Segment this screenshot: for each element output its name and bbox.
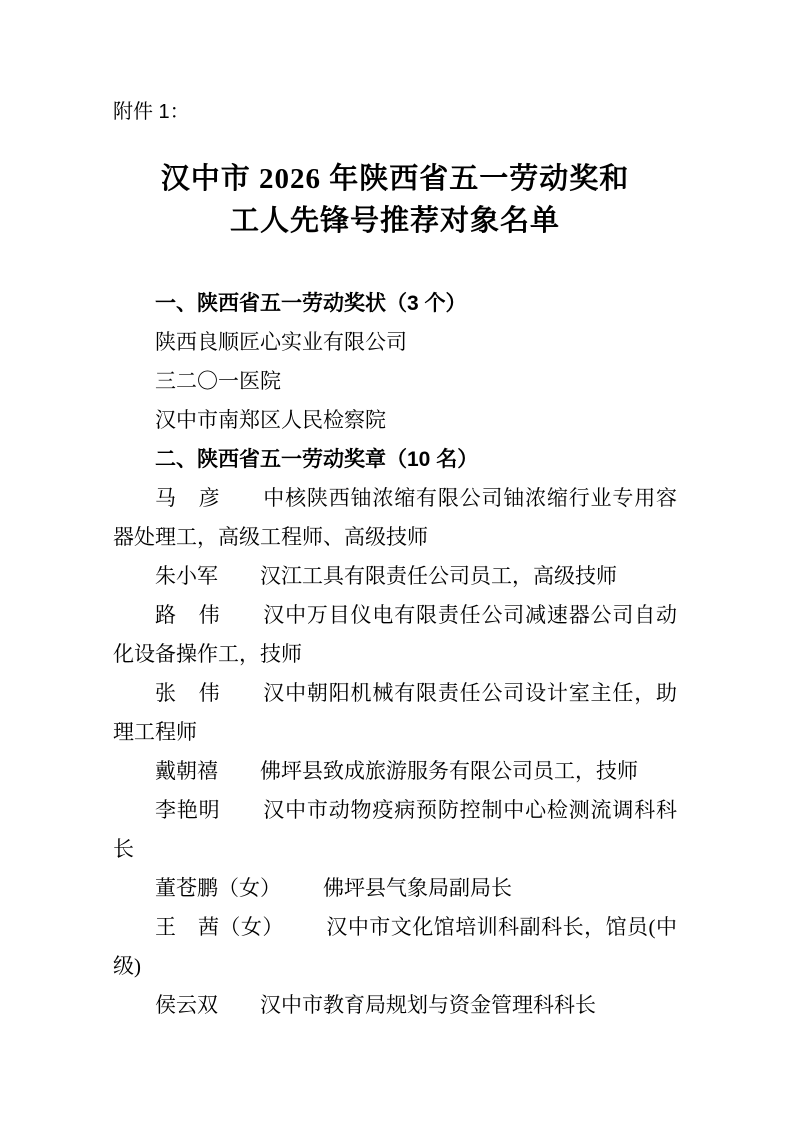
recipient-description: 佛坪县致成旅游服务有限公司员工，技师 xyxy=(260,759,638,783)
recipient-name: 李艳明 xyxy=(155,798,220,822)
recipient-name: 马 彦 xyxy=(155,486,220,510)
recipient-name: 董苍鹏（女） xyxy=(155,876,281,900)
recipient-name: 张 伟 xyxy=(155,681,220,705)
award-entry: 路 伟汉中万目仪电有限责任公司减速器公司自动化设备操作工，技师 xyxy=(113,596,677,674)
document-page: 附件 1： 汉中市 2026 年陕西省五一劳动奖和 工人先锋号推荐对象名单 一、… xyxy=(0,0,793,1122)
attachment-label: 附件 1： xyxy=(113,100,677,124)
section-2-heading: 二、陕西省五一劳动奖章（10 名） xyxy=(113,440,677,479)
document-title: 汉中市 2026 年陕西省五一劳动奖和 工人先锋号推荐对象名单 xyxy=(113,158,677,242)
recipient-description: 汉江工具有限责任公司员工，高级技师 xyxy=(260,564,617,588)
recipient-name: 路 伟 xyxy=(155,603,220,627)
awarded-organization: 陕西良顺匠心实业有限公司 xyxy=(113,323,677,362)
award-entry: 戴朝禧佛坪县致成旅游服务有限公司员工，技师 xyxy=(113,752,677,791)
recipient-name: 侯云双 xyxy=(155,993,218,1017)
awarded-organization: 三二〇一医院 xyxy=(113,362,677,401)
award-entry: 李艳明汉中市动物疫病预防控制中心检测流调科科长 xyxy=(113,791,677,869)
award-entry: 董苍鹏（女）佛坪县气象局副局长 xyxy=(113,869,677,908)
recipient-name: 王 茜（女） xyxy=(155,915,284,939)
document-title-line-1: 汉中市 2026 年陕西省五一劳动奖和 xyxy=(161,163,630,195)
award-entry: 张 伟汉中朝阳机械有限责任公司设计室主任，助理工程师 xyxy=(113,674,677,752)
recipient-description: 佛坪县气象局副局长 xyxy=(323,876,512,900)
award-entry: 王 茜（女）汉中市文化馆培训科副科长，馆员(中级) xyxy=(113,908,677,986)
recipient-name: 朱小军 xyxy=(155,564,218,588)
section-1-heading: 一、陕西省五一劳动奖状（3 个） xyxy=(113,284,677,323)
document-title-line-2: 工人先锋号推荐对象名单 xyxy=(230,205,560,237)
recipient-description: 汉中市教育局规划与资金管理科科长 xyxy=(260,993,596,1017)
awarded-organization: 汉中市南郑区人民检察院 xyxy=(113,401,677,440)
award-entry: 朱小军汉江工具有限责任公司员工，高级技师 xyxy=(113,557,677,596)
award-entry: 侯云双汉中市教育局规划与资金管理科科长 xyxy=(113,986,677,1025)
recipient-name: 戴朝禧 xyxy=(155,759,218,783)
award-entry: 马 彦中核陕西铀浓缩有限公司铀浓缩行业专用容器处理工，高级工程师、高级技师 xyxy=(113,479,677,557)
